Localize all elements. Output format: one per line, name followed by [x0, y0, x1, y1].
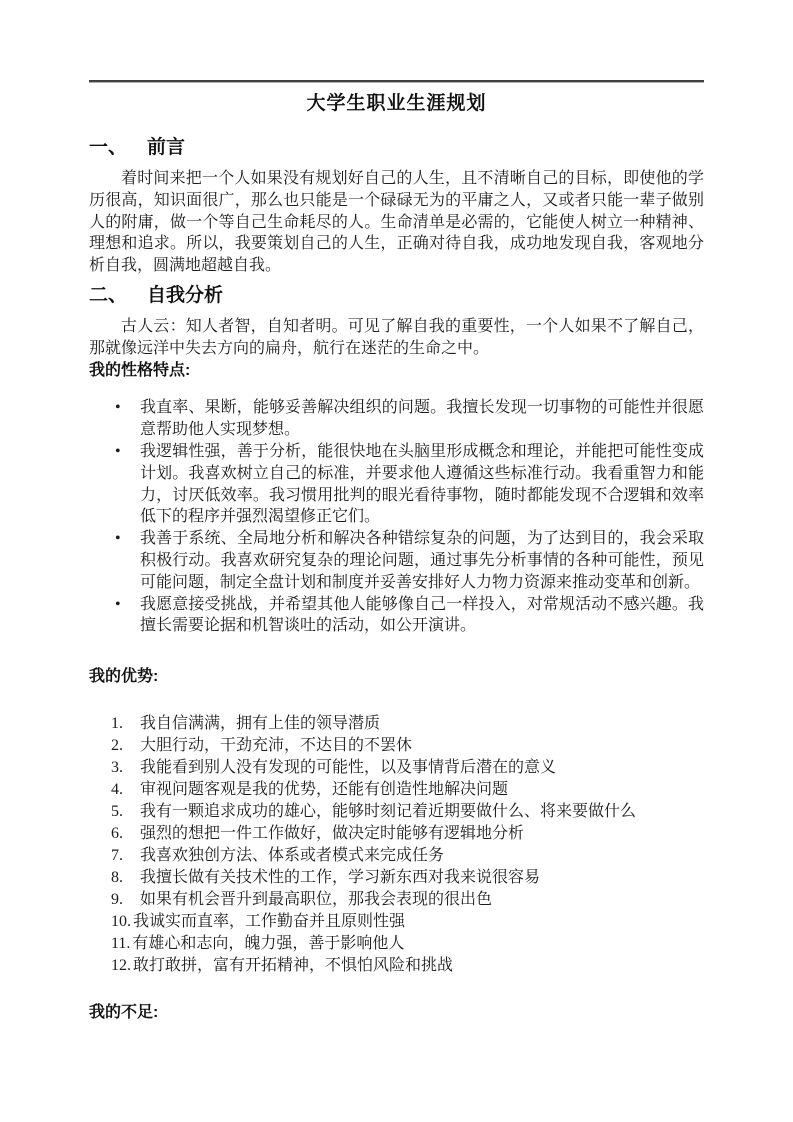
section-title: 前言	[147, 135, 185, 161]
list-item: 我善于系统、全局地分析和解决各种错综复杂的问题，为了达到目的，我会采取积极行动。…	[140, 528, 704, 593]
page-title: 大学生职业生涯规划	[89, 91, 704, 116]
list-item: 3.我能看到别人没有发现的可能性，以及事情背后潜在的意义	[111, 757, 704, 779]
list-item: 4.审视问题客观是我的优势，还能有创造性地解决问题	[111, 779, 704, 801]
preface-paragraph: 着时间来把一个人如果没有规划好自己的人生，且不清晰自己的目标，即使他的学历很高，…	[89, 168, 704, 277]
item-text: 强烈的想把一件工作做好，做决定时能够有逻辑地分析	[140, 825, 524, 842]
list-item: 我直率、果断，能够妥善解决组织的问题。我擅长发现一切事物的可能性并很愿意帮助他人…	[140, 397, 704, 441]
list-item: 6.强烈的想把一件工作做好，做决定时能够有逻辑地分析	[111, 823, 704, 845]
item-number: 3.	[111, 757, 140, 779]
item-number: 9.	[111, 889, 140, 911]
header-rule	[89, 80, 704, 83]
item-number: 7.	[111, 845, 140, 867]
item-text: 如果有机会晋升到最高职位，那我会表现的很出色	[140, 891, 492, 908]
item-number: 5.	[111, 801, 140, 823]
item-text: 我自信满满，拥有上佳的领导潜质	[140, 715, 380, 732]
list-item: 12.敢打敢拼，富有开拓精神，不惧怕风险和挑战	[111, 955, 704, 977]
item-number: 11.	[111, 933, 130, 955]
item-number: 12.	[111, 955, 131, 977]
item-text: 我有一颗追求成功的雄心，能够时刻记着近期要做什么、将来要做什么	[140, 803, 636, 820]
list-item: 5.我有一颗追求成功的雄心，能够时刻记着近期要做什么、将来要做什么	[111, 801, 704, 823]
item-number: 1.	[111, 713, 140, 735]
list-item: 我逻辑性强，善于分析，能很快地在头脑里形成概念和理论，并能把可能性变成计划。我喜…	[140, 441, 704, 528]
item-text: 有雄心和志向，魄力强，善于影响他人	[132, 935, 404, 952]
list-item: 9.如果有机会晋升到最高职位，那我会表现的很出色	[111, 889, 704, 911]
item-text: 大胆行动，干劲充沛，不达目的不罢休	[140, 737, 412, 754]
document-page: 大学生职业生涯规划 一、前言 着时间来把一个人如果没有规划好自己的人生，且不清晰…	[0, 0, 793, 1122]
traits-list: 我直率、果断，能够妥善解决组织的问题。我擅长发现一切事物的可能性并很愿意帮助他人…	[89, 397, 704, 637]
item-number: 4.	[111, 779, 140, 801]
section-heading-preface: 一、前言	[89, 135, 704, 161]
list-item: 1.我自信满满，拥有上佳的领导潜质	[111, 713, 704, 735]
list-item: 11.有雄心和志向，魄力强，善于影响他人	[111, 933, 704, 955]
section-number: 一、	[89, 135, 127, 161]
list-item: 8.我擅长做有关技术性的工作，学习新东西对我来说很容易	[111, 867, 704, 889]
item-text: 敢打敢拼，富有开拓精神，不惧怕风险和挑战	[133, 957, 453, 974]
item-number: 10.	[111, 911, 131, 933]
weaknesses-label: 我的不足:	[89, 1002, 704, 1024]
item-number: 6.	[111, 823, 140, 845]
section-heading-self-analysis: 二、自我分析	[89, 283, 704, 309]
item-text: 我诚实而直率，工作勤奋并且原则性强	[133, 913, 405, 930]
list-item: 我愿意接受挑战，并希望其他人能够像自己一样投入，对常规活动不感兴趣。我擅长需要论…	[140, 594, 704, 638]
list-item: 2.大胆行动，干劲充沛，不达目的不罢休	[111, 735, 704, 757]
item-text: 我能看到别人没有发现的可能性，以及事情背后潜在的意义	[140, 759, 556, 776]
traits-label: 我的性格特点:	[89, 360, 704, 382]
self-analysis-paragraph: 古人云：知人者智，自知者明。可见了解自我的重要性，一个人如果不了解自己，那就像远…	[89, 316, 704, 360]
list-item: 10.我诚实而直率，工作勤奋并且原则性强	[111, 911, 704, 933]
list-item: 7.我喜欢独创方法、体系或者模式来完成任务	[111, 845, 704, 867]
section-number: 二、	[89, 283, 127, 309]
item-text: 我擅长做有关技术性的工作，学习新东西对我来说很容易	[140, 869, 540, 886]
item-number: 2.	[111, 735, 140, 757]
section-title: 自我分析	[147, 283, 223, 309]
item-text: 审视问题客观是我的优势，还能有创造性地解决问题	[140, 781, 508, 798]
strengths-list: 1.我自信满满，拥有上佳的领导潜质 2.大胆行动，干劲充沛，不达目的不罢休 3.…	[89, 713, 704, 977]
strengths-label: 我的优势:	[89, 666, 704, 688]
item-number: 8.	[111, 867, 140, 889]
item-text: 我喜欢独创方法、体系或者模式来完成任务	[140, 847, 444, 864]
